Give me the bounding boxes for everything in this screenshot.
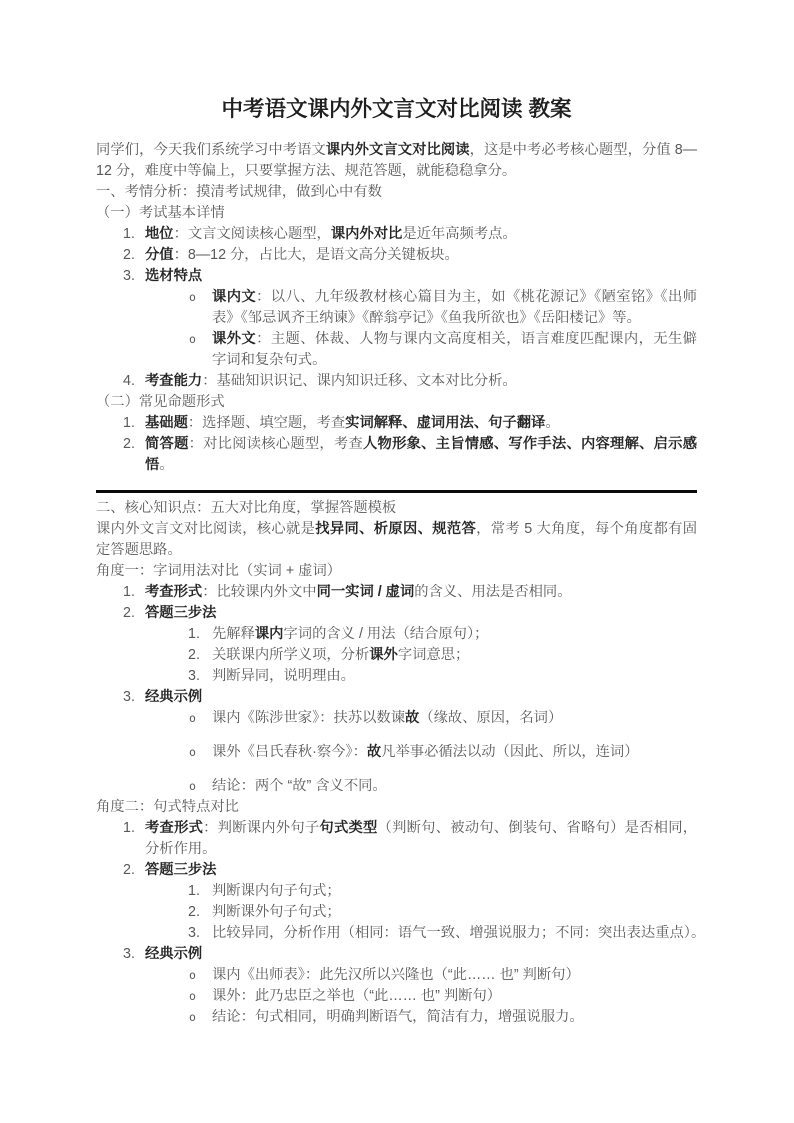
text-run: 一、考情分析：摸清考试规律，做到心中有数 bbox=[96, 184, 382, 200]
text: 关联课内所学义项，分析 bbox=[212, 647, 369, 663]
text: （缘故、原因，名词） bbox=[419, 710, 562, 726]
list-item: 1.考查形式：判断课内外句子句式类型（判断句、被动句、倒装句、省略句）是否相同，… bbox=[96, 818, 697, 860]
list-marker: 2. bbox=[188, 902, 200, 923]
text-run: 判断课内句子句式； bbox=[212, 883, 341, 899]
text: ：8—12 分，占比大，是语文高分关键板块。 bbox=[174, 247, 459, 263]
list-item: 2.判断课外句子句式； bbox=[96, 902, 697, 923]
text: （二）常见命题形式 bbox=[96, 394, 225, 410]
list-marker: 1. bbox=[188, 881, 200, 902]
paragraph: 角度一：字词用法对比（实词 + 虚词） bbox=[96, 561, 697, 582]
list-item: 2.答题三步法 bbox=[96, 860, 697, 881]
text-run: 二、核心知识点：五大对比角度，掌握答题模板 bbox=[96, 500, 396, 516]
text-run: 关联课内所学义项，分析课外字词意思； bbox=[212, 647, 469, 663]
list-marker: 3. bbox=[123, 266, 135, 287]
list-item: 2.答题三步法 bbox=[96, 603, 697, 624]
list-marker: 3. bbox=[123, 687, 135, 708]
list-item: 3.经典示例 bbox=[96, 944, 697, 965]
text-run: 考查形式：判断课内外句子句式类型（判断句、被动句、倒装句、省略句）是否相同，分析… bbox=[145, 820, 697, 857]
text-run: 分值：8—12 分，占比大，是语文高分关键板块。 bbox=[145, 247, 459, 263]
text-run: 判断异同，说明理由。 bbox=[212, 668, 355, 684]
list-item: o课内文：以八、九年级教材核心篇目为主，如《桃花源记》《陋室铭》《出师表》《邹忌… bbox=[96, 287, 697, 329]
text-run: 课内《陈涉世家》：扶苏以数谏故（缘故、原因，名词） bbox=[212, 710, 562, 726]
bold-text: 基础题 bbox=[145, 415, 188, 431]
text-run: 课内文：以八、九年级教材核心篇目为主，如《桃花源记》《陋室铭》《出师表》《邹忌讽… bbox=[212, 289, 697, 326]
document-body: 同学们，今天我们系统学习中考语文课内外文言文对比阅读，这是中考必考核心题型，分值… bbox=[96, 140, 697, 1028]
bold-text: 找异同、析原因、规范答 bbox=[315, 521, 476, 537]
list-item: 4.考查能力：基础知识识记、课内知识迁移、文本对比分析。 bbox=[96, 371, 697, 392]
list-item: o结论：两个 “故” 含义不同。 bbox=[96, 776, 697, 797]
bold-text: 课内外对比 bbox=[331, 226, 402, 242]
bold-text: 故 bbox=[405, 710, 419, 726]
bold-text: 同一实词 / 虚词 bbox=[317, 584, 415, 600]
list-marker: 2. bbox=[123, 434, 135, 455]
list-item: o结论：句式相同，明确判断语气，简洁有力，增强说服力。 bbox=[96, 1007, 697, 1028]
list-marker: 2. bbox=[188, 645, 200, 666]
document-page: 中考语文课内外文言文对比阅读 教案 同学们，今天我们系统学习中考语文课内外文言文… bbox=[0, 0, 794, 1123]
bold-text: 课外 bbox=[369, 647, 398, 663]
list-marker: o bbox=[189, 742, 196, 763]
text-run: 选材特点 bbox=[145, 268, 202, 284]
text-run: 地位：文言文阅读核心题型，课内外对比是近年高频考点。 bbox=[145, 226, 517, 242]
text: 是近年高频考点。 bbox=[402, 226, 516, 242]
list-marker: 1. bbox=[123, 413, 135, 434]
text: 比较异同，分析作用（相同：语气一致、增强说服力；不同：突出表达重点）。 bbox=[212, 925, 705, 941]
bold-text: 分值 bbox=[145, 247, 174, 263]
text-run: 经典示例 bbox=[145, 946, 202, 962]
text-run: 考查形式：比较课内外文中同一实词 / 虚词的含义、用法是否相同。 bbox=[145, 584, 572, 600]
bold-text: 考查形式 bbox=[145, 584, 202, 600]
list-marker: 4. bbox=[123, 371, 135, 392]
list-marker: o bbox=[189, 986, 196, 1007]
list-marker: 3. bbox=[188, 923, 200, 944]
list-marker: 1. bbox=[123, 582, 135, 603]
list-marker: o bbox=[189, 1007, 196, 1028]
list-item: o课内《陈涉世家》：扶苏以数谏故（缘故、原因，名词） bbox=[96, 708, 697, 729]
paragraph: 同学们，今天我们系统学习中考语文课内外文言文对比阅读，这是中考必考核心题型，分值… bbox=[96, 140, 697, 182]
text: 凡举事必循法以动（因此、所以，连词） bbox=[381, 744, 638, 760]
list-item: 3.判断异同，说明理由。 bbox=[96, 666, 697, 687]
text: 一、考情分析：摸清考试规律，做到心中有数 bbox=[96, 184, 382, 200]
bold-text: 地位 bbox=[145, 226, 174, 242]
list-marker: 2. bbox=[123, 245, 135, 266]
text-run: （二）常见命题形式 bbox=[96, 394, 225, 410]
text: 课内外文言文对比阅读，核心就是 bbox=[96, 521, 315, 537]
bold-text: 答题三步法 bbox=[145, 605, 216, 621]
text: （一）考试基本详情 bbox=[96, 205, 225, 221]
paragraph: 二、核心知识点：五大对比角度，掌握答题模板 bbox=[96, 498, 697, 519]
bold-text: 句式类型 bbox=[319, 820, 377, 836]
list-item: 3.选材特点 bbox=[96, 266, 697, 287]
list-marker: o bbox=[189, 287, 196, 308]
bold-text: 考查形式 bbox=[145, 820, 203, 836]
bold-text: 经典示例 bbox=[145, 689, 202, 705]
list-marker: 2. bbox=[123, 860, 135, 881]
list-item: o课外：此乃忠臣之举也（“此…… 也” 判断句） bbox=[96, 986, 697, 1007]
bold-text: 课外文 bbox=[212, 331, 256, 347]
text: 结论：句式相同，明确判断语气，简洁有力，增强说服力。 bbox=[212, 1009, 584, 1025]
list-item: 1.地位：文言文阅读核心题型，课内外对比是近年高频考点。 bbox=[96, 224, 697, 245]
text-run: 课外《吕氏春秋·察今》：故凡举事必循法以动（因此、所以，连词） bbox=[212, 744, 639, 760]
text: 字词的含义 / 用法（结合原句）； bbox=[283, 626, 488, 642]
paragraph: （一）考试基本详情 bbox=[96, 203, 697, 224]
list-item: 3.经典示例 bbox=[96, 687, 697, 708]
bold-text: 选材特点 bbox=[145, 268, 202, 284]
bold-text: 简答题 bbox=[145, 436, 189, 452]
text: 。 bbox=[159, 457, 173, 473]
text: 判断课内句子句式； bbox=[212, 883, 341, 899]
list-item: 2.简答题：对比阅读核心题型，考查人物形象、主旨情感、写作手法、内容理解、启示感… bbox=[96, 434, 697, 476]
paragraph: （二）常见命题形式 bbox=[96, 392, 697, 413]
list-item: 3.比较异同，分析作用（相同：语气一致、增强说服力；不同：突出表达重点）。 bbox=[96, 923, 697, 944]
list-item: 2.关联课内所学义项，分析课外字词意思； bbox=[96, 645, 697, 666]
text-run: 答题三步法 bbox=[145, 862, 216, 878]
list-marker: o bbox=[189, 708, 196, 729]
list-item: 1.判断课内句子句式； bbox=[96, 881, 697, 902]
text: 课内《陈涉世家》：扶苏以数谏 bbox=[212, 710, 405, 726]
text-run: 判断课外句子句式； bbox=[212, 904, 341, 920]
text: 先解释 bbox=[212, 626, 255, 642]
bold-text: 考查能力 bbox=[145, 373, 202, 389]
text-run: 先解释课内字词的含义 / 用法（结合原句）； bbox=[212, 626, 488, 642]
text: ：基础知识识记、课内知识迁移、文本对比分析。 bbox=[202, 373, 517, 389]
document-title: 中考语文课内外文言文对比阅读 教案 bbox=[96, 94, 697, 124]
bold-text: 课内外文言文对比阅读 bbox=[326, 142, 470, 158]
text-run: 比较异同，分析作用（相同：语气一致、增强说服力；不同：突出表达重点）。 bbox=[212, 925, 705, 941]
list-item: o课外《吕氏春秋·察今》：故凡举事必循法以动（因此、所以，连词） bbox=[96, 742, 697, 763]
text-run: 课外：此乃忠臣之举也（“此…… 也” 判断句） bbox=[212, 988, 501, 1004]
text-run: 课外文：主题、体裁、人物与课内文高度相关，语言难度匹配课内，无生僻字词和复杂句式… bbox=[212, 331, 697, 368]
text-run: 经典示例 bbox=[145, 689, 202, 705]
text-run: 结论：两个 “故” 含义不同。 bbox=[212, 778, 387, 794]
text: 课内《出师表》：此先汉所以兴隆也（“此…… 也” 判断句） bbox=[212, 967, 580, 983]
text: ：主题、体裁、人物与课内文高度相关，语言难度匹配课内，无生僻字词和复杂句式。 bbox=[212, 331, 697, 368]
text: ：以八、九年级教材核心篇目为主，如《桃花源记》《陋室铭》《出师表》《邹忌讽齐王纳… bbox=[212, 289, 697, 326]
list-marker: o bbox=[189, 329, 196, 350]
list-item: 1.先解释课内字词的含义 / 用法（结合原句）； bbox=[96, 624, 697, 645]
list-marker: 3. bbox=[188, 666, 200, 687]
bold-text: 答题三步法 bbox=[145, 862, 216, 878]
bold-text: 课内文 bbox=[212, 289, 256, 305]
text: 同学们，今天我们系统学习中考语文 bbox=[96, 142, 326, 158]
bold-text: 实词解释、虚词用法、句子翻译 bbox=[345, 415, 545, 431]
list-marker: 3. bbox=[123, 944, 135, 965]
bold-text: 经典示例 bbox=[145, 946, 202, 962]
text-run: 简答题：对比阅读核心题型，考查人物形象、主旨情感、写作手法、内容理解、启示感悟。 bbox=[145, 436, 697, 473]
paragraph: 课内外文言文对比阅读，核心就是找异同、析原因、规范答，常考 5 大角度，每个角度… bbox=[96, 519, 697, 561]
text: ：选择题、填空题，考查 bbox=[188, 415, 345, 431]
text: 课外：此乃忠臣之举也（“此…… 也” 判断句） bbox=[212, 988, 501, 1004]
paragraph: 角度二：句式特点对比 bbox=[96, 797, 697, 818]
text: ：对比阅读核心题型，考查 bbox=[189, 436, 363, 452]
text-run: 基础题：选择题、填空题，考查实词解释、虚词用法、句子翻译。 bbox=[145, 415, 560, 431]
list-item: 1.基础题：选择题、填空题，考查实词解释、虚词用法、句子翻译。 bbox=[96, 413, 697, 434]
list-marker: o bbox=[189, 776, 196, 797]
text-run: 角度二：句式特点对比 bbox=[96, 799, 239, 815]
text-run: 答题三步法 bbox=[145, 605, 216, 621]
bold-text: 故 bbox=[367, 744, 381, 760]
text: 判断异同，说明理由。 bbox=[212, 668, 355, 684]
text: 角度二：句式特点对比 bbox=[96, 799, 239, 815]
text-run: 考查能力：基础知识识记、课内知识迁移、文本对比分析。 bbox=[145, 373, 517, 389]
text: 的含义、用法是否相同。 bbox=[414, 584, 571, 600]
list-marker: 2. bbox=[123, 603, 135, 624]
text-run: 结论：句式相同，明确判断语气，简洁有力，增强说服力。 bbox=[212, 1009, 584, 1025]
text: ：判断课内外句子 bbox=[203, 820, 319, 836]
text-run: （一）考试基本详情 bbox=[96, 205, 225, 221]
paragraph: 一、考情分析：摸清考试规律，做到心中有数 bbox=[96, 182, 697, 203]
text: ：比较课内外文中 bbox=[202, 584, 316, 600]
text: 二、核心知识点：五大对比角度，掌握答题模板 bbox=[96, 500, 396, 516]
bold-text: 课内 bbox=[255, 626, 284, 642]
list-marker: 1. bbox=[123, 818, 135, 839]
list-marker: o bbox=[189, 965, 196, 986]
text-run: 课内外文言文对比阅读，核心就是找异同、析原因、规范答，常考 5 大角度，每个角度… bbox=[96, 521, 697, 558]
text-run: 课内《出师表》：此先汉所以兴隆也（“此…… 也” 判断句） bbox=[212, 967, 580, 983]
list-item: o课外文：主题、体裁、人物与课内文高度相关，语言难度匹配课内，无生僻字词和复杂句… bbox=[96, 329, 697, 371]
text: 课外《吕氏春秋·察今》： bbox=[212, 744, 367, 760]
text: 角度一：字词用法对比（实词 + 虚词） bbox=[96, 563, 341, 579]
list-item: 2.分值：8—12 分，占比大，是语文高分关键板块。 bbox=[96, 245, 697, 266]
list-marker: 1. bbox=[123, 224, 135, 245]
text: 字词意思； bbox=[398, 647, 469, 663]
text: 判断课外句子句式； bbox=[212, 904, 341, 920]
list-marker: 1. bbox=[188, 624, 200, 645]
text-run: 角度一：字词用法对比（实词 + 虚词） bbox=[96, 563, 341, 579]
text: ：文言文阅读核心题型， bbox=[174, 226, 331, 242]
section-divider bbox=[96, 490, 697, 493]
text-run: 同学们，今天我们系统学习中考语文课内外文言文对比阅读，这是中考必考核心题型，分值… bbox=[96, 142, 697, 179]
list-item: 1.考查形式：比较课内外文中同一实词 / 虚词的含义、用法是否相同。 bbox=[96, 582, 697, 603]
text: 结论：两个 “故” 含义不同。 bbox=[212, 778, 387, 794]
text: 。 bbox=[545, 415, 559, 431]
list-item: o课内《出师表》：此先汉所以兴隆也（“此…… 也” 判断句） bbox=[96, 965, 697, 986]
